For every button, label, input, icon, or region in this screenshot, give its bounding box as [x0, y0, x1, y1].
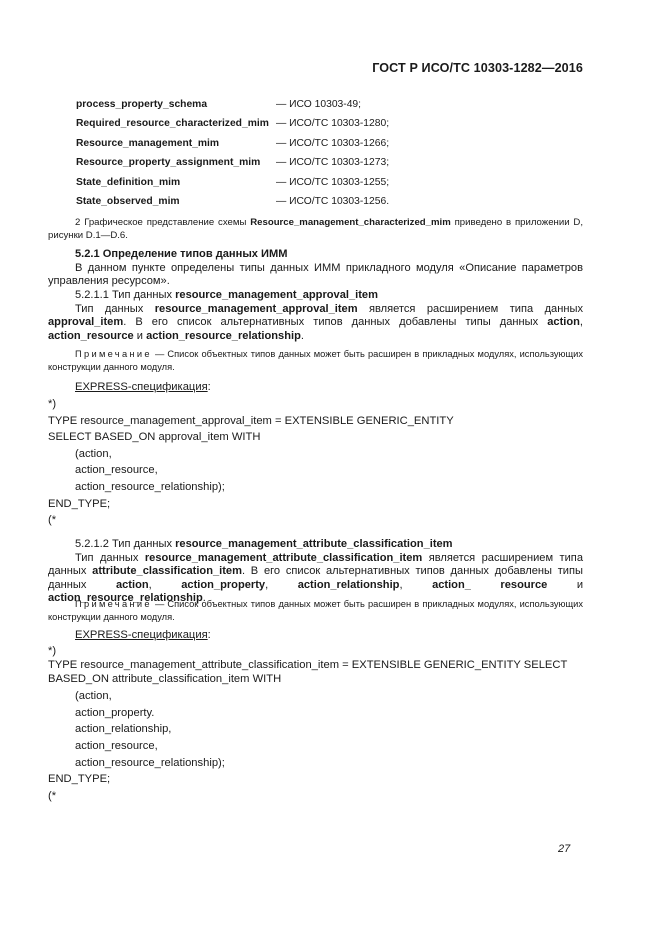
schema-name-bold: Resource_management_characterized_mim [250, 217, 451, 228]
section-heading: 5.2.1 Определение типов данных ИММ [48, 248, 583, 262]
section-5-2-1-2: 5.2.1.2 Тип данных resource_management_a… [48, 538, 583, 606]
schema-ref: — ИСО 10303-49; [276, 99, 361, 110]
code-line: (* [48, 790, 56, 802]
subsection-heading: 5.2.1.1 Тип данных resource_management_a… [48, 289, 583, 303]
code-line: (action, [75, 448, 112, 460]
schema-name: Required_resource_characterized_mim [76, 118, 269, 129]
schema-name: Resource_property_assignment_mim [76, 157, 260, 168]
subsection-heading: 5.2.1.2 Тип данных resource_management_a… [48, 538, 583, 552]
note-label: Примечание [75, 349, 152, 359]
code-line: action_resource, [75, 464, 158, 476]
code-line: SELECT BASED_ON approval_item WITH [48, 431, 260, 443]
code-line: TYPE resource_management_attribute_class… [48, 659, 567, 671]
standard-code-header: ГОСТ Р ИСО/ТС 10303-1282—2016 [372, 61, 583, 75]
code-line: action_resource_relationship); [75, 757, 225, 769]
section-5-2-1-1: 5.2.1.1 Тип данных resource_management_a… [48, 289, 583, 343]
code-line: action_resource, [75, 740, 158, 752]
note-5-2-1-1: Примечание — Список объектных типов данн… [48, 348, 583, 374]
code-line: action_relationship, [75, 723, 171, 735]
note-2: 2 Графическое представление схемы Resour… [48, 216, 583, 242]
schema-name: State_definition_mim [76, 177, 180, 188]
code-line: TYPE resource_management_approval_item =… [48, 415, 454, 427]
note-5-2-1-2: Примечание — Список объектных типов данн… [48, 598, 583, 624]
section-5-2-1: 5.2.1 Определение типов данных ИММ В дан… [48, 248, 583, 289]
express-spec-label: EXPRESS-спецификация: [75, 629, 211, 641]
code-line: action_resource_relationship); [75, 481, 225, 493]
page-number: 27 [558, 843, 570, 855]
schema-ref: — ИСО/ТС 10303-1255; [276, 177, 389, 188]
schema-name: process_property_schema [76, 99, 207, 110]
schema-ref: — ИСО/ТС 10303-1266; [276, 138, 389, 149]
code-line: END_TYPE; [48, 773, 110, 785]
schema-ref: — ИСО/ТС 10303-1273; [276, 157, 389, 168]
code-line: (* [48, 514, 56, 526]
code-line: *) [48, 645, 56, 657]
subsection-description: Тип данных resource_management_approval_… [48, 303, 583, 344]
code-line: (action, [75, 690, 112, 702]
code-line: END_TYPE; [48, 498, 110, 510]
schema-ref: — ИСО/ТС 10303-1256. [276, 196, 389, 207]
schema-name: Resource_management_mim [76, 138, 219, 149]
code-line: *) [48, 398, 56, 410]
schema-ref: — ИСО/ТС 10303-1280; [276, 118, 389, 129]
section-intro: В данном пункте определены типы данных И… [48, 262, 583, 289]
express-spec-label: EXPRESS-спецификация: [75, 381, 211, 393]
code-line: action_property. [75, 707, 154, 719]
code-line: BASED_ON attribute_classification_item W… [48, 673, 281, 685]
note-label: Примечание [75, 599, 152, 609]
schema-name: State_observed_mim [76, 196, 180, 207]
